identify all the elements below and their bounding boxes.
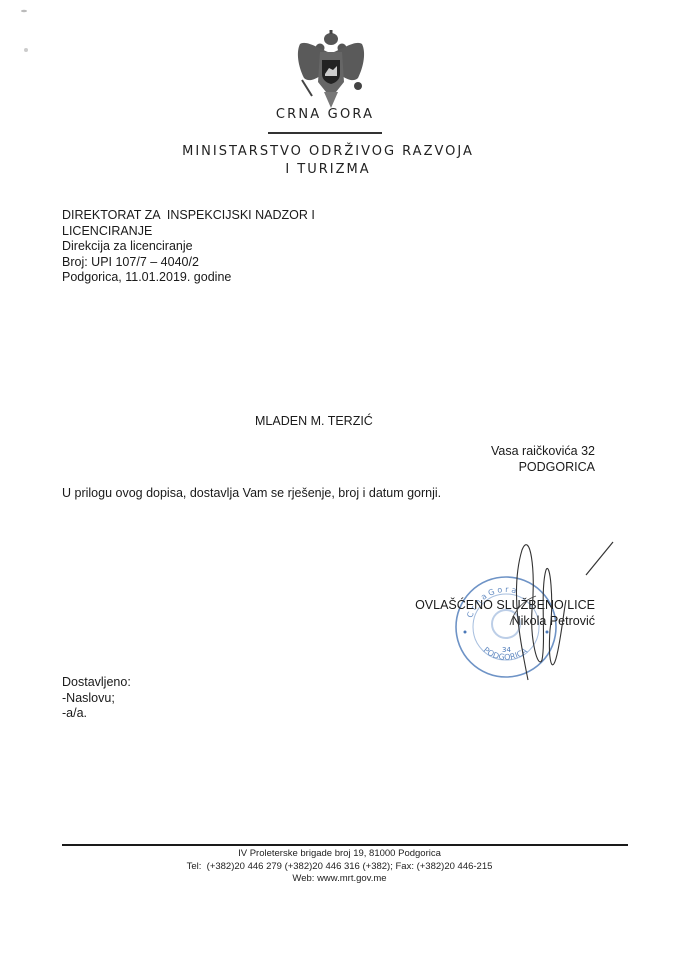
coat-of-arms-icon: [292, 30, 370, 110]
directorate-line-1: DIREKTORAT ZA INSPEKCIJSKI NADZOR I: [62, 208, 315, 224]
reference-number: Broj: UPI 107/7 – 4040/2: [62, 255, 315, 271]
recipient-city: PODGORICA: [491, 460, 595, 476]
distribution-item: -a/a.: [62, 706, 131, 722]
footer: IV Proleterske brigade broj 19, 81000 Po…: [0, 848, 679, 886]
header-divider: [268, 132, 382, 134]
sender-block: DIREKTORAT ZA INSPEKCIJSKI NADZOR I LICE…: [62, 208, 315, 286]
footer-divider: [62, 844, 628, 846]
directorate-line-2: LICENCIRANJE: [62, 224, 315, 240]
letter-body: U prilogu ovog dopisa, dostavlja Vam se …: [62, 486, 441, 500]
distribution-item: -Naslovu;: [62, 691, 131, 707]
footer-phones: Tel: (+382)20 446 279 (+382)20 446 316 (…: [0, 861, 679, 874]
recipient-street: Vasa raičkovića 32: [491, 444, 595, 460]
distribution-list: Dostavljeno: -Naslovu; -a/a.: [62, 675, 131, 722]
department: Direkcija za licenciranje: [62, 239, 315, 255]
ministry-line-1: MINISTARSTVO ODRŽIVOG RAZVOJA: [0, 143, 656, 161]
ministry-name: MINISTARSTVO ODRŽIVOG RAZVOJA I TURIZMA: [0, 143, 656, 179]
scan-specks: [18, 8, 38, 58]
handwritten-signature: [480, 530, 630, 690]
recipient-name: MLADEN M. TERZIĆ: [255, 414, 373, 428]
place-date: Podgorica, 11.01.2019. godine: [62, 270, 315, 286]
distribution-label: Dostavljeno:: [62, 675, 131, 691]
footer-web: Web: www.mrt.gov.me: [0, 873, 679, 886]
ministry-line-2: I TURIZMA: [0, 161, 656, 179]
recipient-address: Vasa raičkovića 32 PODGORICA: [491, 444, 595, 475]
footer-address: IV Proleterske brigade broj 19, 81000 Po…: [0, 848, 679, 861]
country-name: CRNA GORA: [0, 107, 650, 122]
